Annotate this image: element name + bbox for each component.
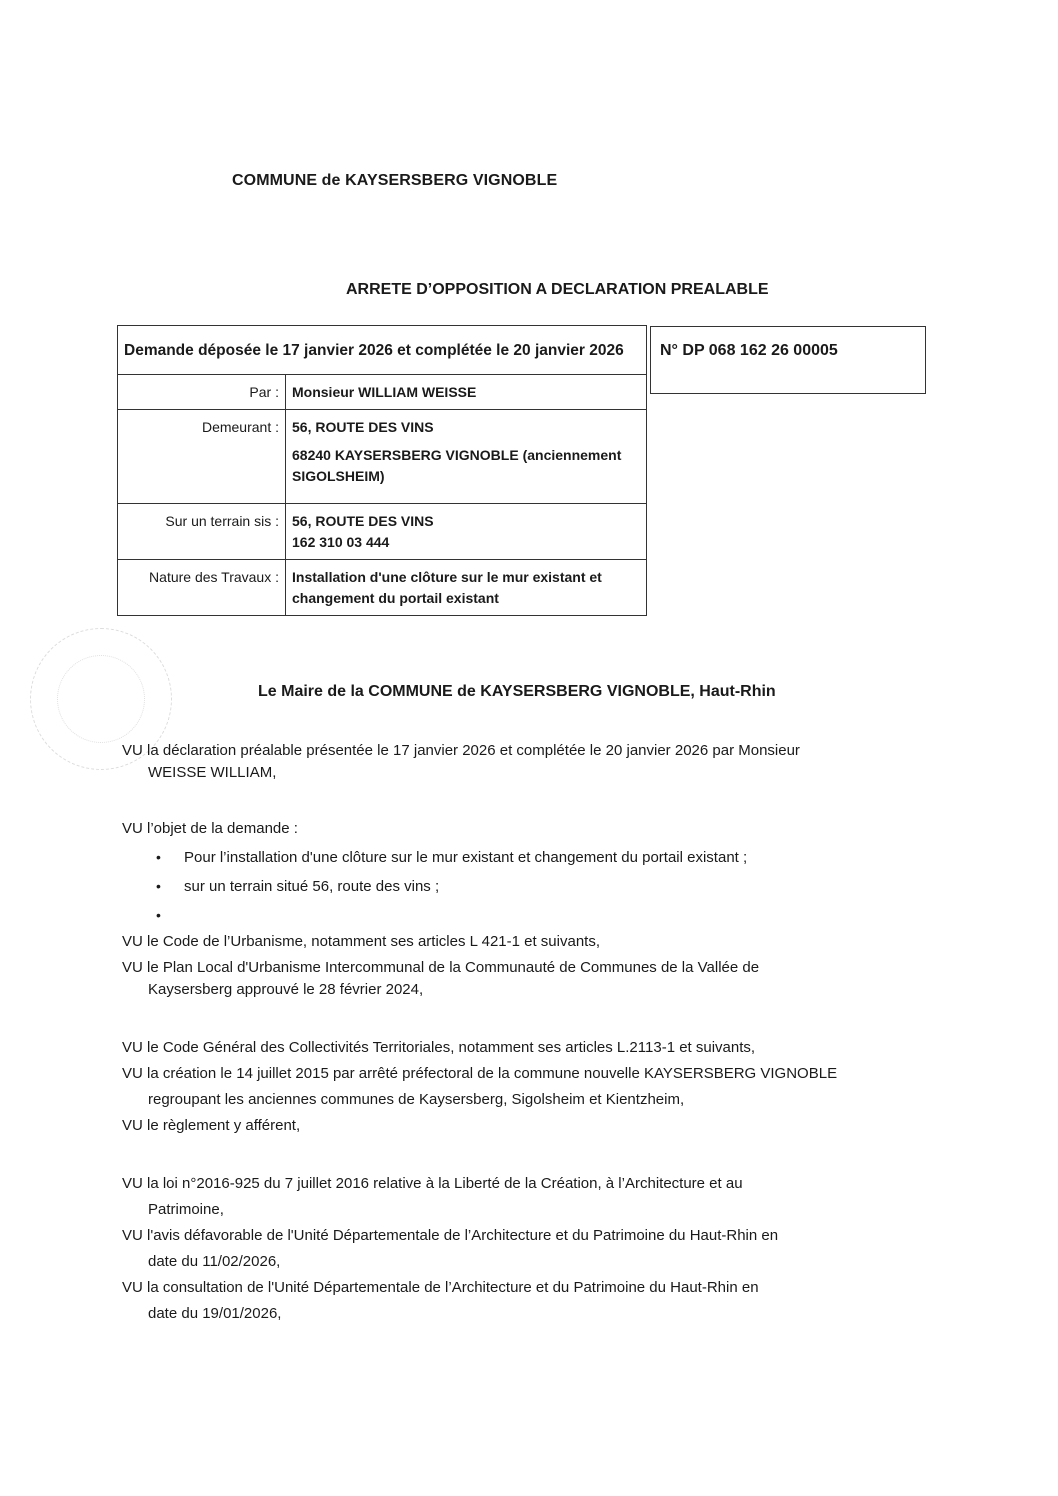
- address-city: 68240 KAYSERSBERG VIGNOBLE (anciennement…: [292, 445, 640, 487]
- consideration-continuation: WEISSE WILLIAM,: [122, 762, 928, 784]
- land-parcel: 162 310 03 444: [292, 532, 640, 553]
- land-street: 56, ROUTE DES VINS: [292, 511, 640, 532]
- address-label: Demeurant :: [118, 410, 286, 504]
- consideration-continuation: Patrimoine,: [122, 1199, 928, 1221]
- consideration-text: VU le Plan Local d'Urbanisme Intercommun…: [122, 959, 759, 976]
- consideration-item: VU l’objet de la demande :: [122, 818, 928, 840]
- request-heading: Demande déposée le 17 janvier 2026 et co…: [118, 326, 647, 375]
- land-label: Sur un terrain sis :: [118, 504, 286, 560]
- land-value: 56, ROUTE DES VINS 162 310 03 444: [286, 504, 647, 560]
- consideration-text: VU l'avis défavorable de l'Unité Départe…: [122, 1227, 778, 1244]
- consideration-item: VU le Code de l’Urbanisme, notamment ses…: [122, 931, 928, 953]
- document-title: ARRETE D’OPPOSITION A DECLARATION PREALA…: [346, 281, 769, 299]
- consideration-continuation: date du 11/02/2026,: [122, 1251, 928, 1273]
- request-object-list: Pour l’installation d'une clôture sur le…: [122, 843, 928, 930]
- consideration-item: VU l'avis défavorable de l'Unité Départe…: [122, 1225, 928, 1273]
- seal-inner-ring: [57, 655, 145, 743]
- address-value: 56, ROUTE DES VINS 68240 KAYSERSBERG VIG…: [286, 410, 647, 504]
- applicant-name: Monsieur WILLIAM WEISSE: [292, 382, 640, 403]
- request-heading-row: Demande déposée le 17 janvier 2026 et co…: [118, 326, 647, 375]
- consideration-item: VU la consultation de l'Unité Départemen…: [122, 1277, 928, 1325]
- mayor-heading: Le Maire de la COMMUNE de KAYSERSBERG VI…: [258, 683, 776, 701]
- table-row: Par : Monsieur WILLIAM WEISSE: [118, 375, 647, 410]
- consideration-item: VU le Plan Local d'Urbanisme Intercommun…: [122, 957, 928, 1001]
- list-item: sur un terrain situé 56, route des vins …: [154, 872, 928, 901]
- consideration-item: VU la création le 14 juillet 2015 par ar…: [122, 1063, 928, 1111]
- dp-number: N° DP 068 162 26 00005: [660, 342, 838, 359]
- consideration-text: VU la consultation de l'Unité Départemen…: [122, 1279, 759, 1296]
- commune-name: COMMUNE de KAYSERSBERG VIGNOBLE: [232, 172, 557, 190]
- list-item: Pour l’installation d'une clôture sur le…: [154, 843, 928, 872]
- consideration-continuation: regroupant les anciennes communes de Kay…: [122, 1089, 928, 1111]
- applicant-value: Monsieur WILLIAM WEISSE: [286, 375, 647, 410]
- consideration-item: VU la déclaration préalable présentée le…: [122, 740, 928, 784]
- consideration-continuation: date du 19/01/2026,: [122, 1303, 928, 1325]
- consideration-item: VU le Code Général des Collectivités Ter…: [122, 1037, 928, 1059]
- list-item: [154, 901, 928, 930]
- table-row: Nature des Travaux : Installation d'une …: [118, 560, 647, 616]
- consideration-item: VU le règlement y afférent,: [122, 1115, 928, 1137]
- table-row: Demeurant : 56, ROUTE DES VINS 68240 KAY…: [118, 410, 647, 504]
- consideration-item: VU la loi n°2016-925 du 7 juillet 2016 r…: [122, 1173, 928, 1221]
- works-label: Nature des Travaux :: [118, 560, 286, 616]
- consideration-continuation: Kaysersberg approuvé le 28 février 2024,: [122, 979, 928, 1001]
- address-street: 56, ROUTE DES VINS: [292, 417, 640, 438]
- consideration-text: VU la loi n°2016-925 du 7 juillet 2016 r…: [122, 1175, 743, 1192]
- consideration-text: VU la création le 14 juillet 2015 par ar…: [122, 1065, 837, 1082]
- dp-number-box: N° DP 068 162 26 00005: [650, 326, 926, 394]
- request-info-table: Demande déposée le 17 janvier 2026 et co…: [117, 325, 647, 616]
- works-value: Installation d'une clôture sur le mur ex…: [286, 560, 647, 616]
- considerations: VU la déclaration préalable présentée le…: [122, 740, 928, 1325]
- applicant-label: Par :: [118, 375, 286, 410]
- table-row: Sur un terrain sis : 56, ROUTE DES VINS …: [118, 504, 647, 560]
- consideration-text: VU la déclaration préalable présentée le…: [122, 742, 800, 759]
